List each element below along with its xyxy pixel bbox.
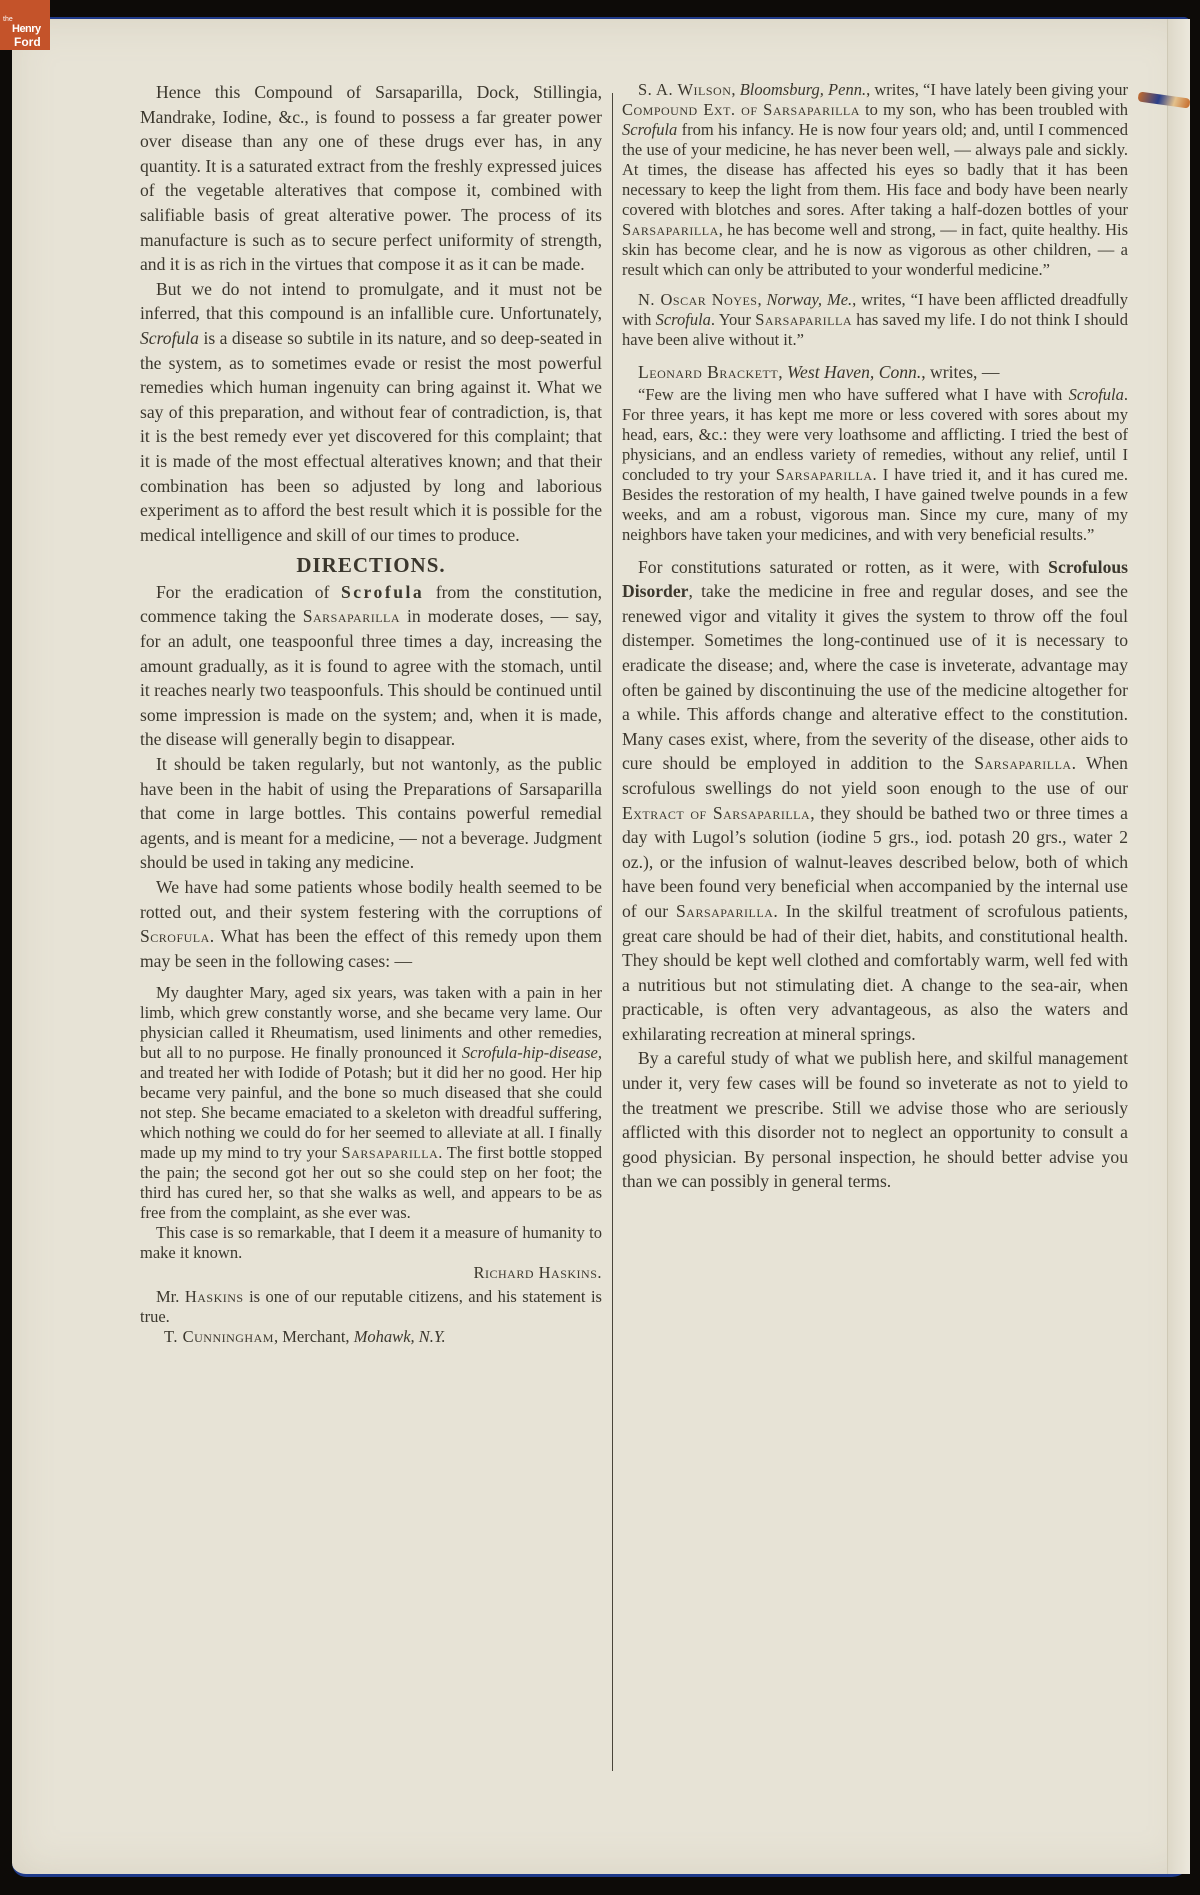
signature-cunningham: T. Cunningham, Merchant, Mohawk, N.Y. xyxy=(140,1327,602,1347)
right-column: S. A. Wilson, Bloomsburg, Penn., writes,… xyxy=(622,80,1128,1194)
testimonial-brackett-header: Leonard Brackett, West Haven, Conn., wri… xyxy=(622,360,1128,385)
testimonial-noyes: N. Oscar Noyes, Norway, Me., writes, “I … xyxy=(622,290,1128,350)
signature-haskins: Richard Haskins. xyxy=(140,1263,602,1283)
testimonial-brackett: “Few are the living men who have suffere… xyxy=(622,385,1128,545)
paragraph-not-infallible: But we do not intend to promulgate, and … xyxy=(140,277,602,548)
testimonial-wilson: S. A. Wilson, Bloomsburg, Penn., writes,… xyxy=(622,80,1128,280)
paragraph-compound: Hence this Compound of Sarsaparilla, Doc… xyxy=(140,80,602,277)
logo-text-ford: Ford xyxy=(14,36,41,48)
testimonial-haskins-closing: This case is so remarkable, that I deem … xyxy=(140,1223,602,1263)
paragraph-directions-dosage: For the eradication of Scrofula from the… xyxy=(140,580,602,752)
column-divider xyxy=(612,93,613,1771)
paragraph-careful-study: By a careful study of what we publish he… xyxy=(622,1046,1128,1194)
logo-text-the: the xyxy=(3,16,13,23)
logo-text-henry: Henry xyxy=(12,24,41,35)
paragraph-constitutions: For constitutions saturated or rotten, a… xyxy=(622,555,1128,1047)
scrofula-italic: Scrofula xyxy=(140,328,199,348)
henry-ford-logo: the Henry Ford xyxy=(0,0,50,50)
directions-heading: DIRECTIONS. xyxy=(140,553,602,578)
testimonial-haskins: My daughter Mary, aged six years, was ta… xyxy=(140,983,602,1223)
attestation-cunningham: Mr. Haskins is one of our reputable citi… xyxy=(140,1287,602,1327)
page-edge xyxy=(1167,19,1190,1874)
paragraph-patients: We have had some patients whose bodily h… xyxy=(140,875,602,973)
left-column: Hence this Compound of Sarsaparilla, Doc… xyxy=(140,80,602,1347)
paragraph-take-regularly: It should be taken regularly, but not wa… xyxy=(140,752,602,875)
